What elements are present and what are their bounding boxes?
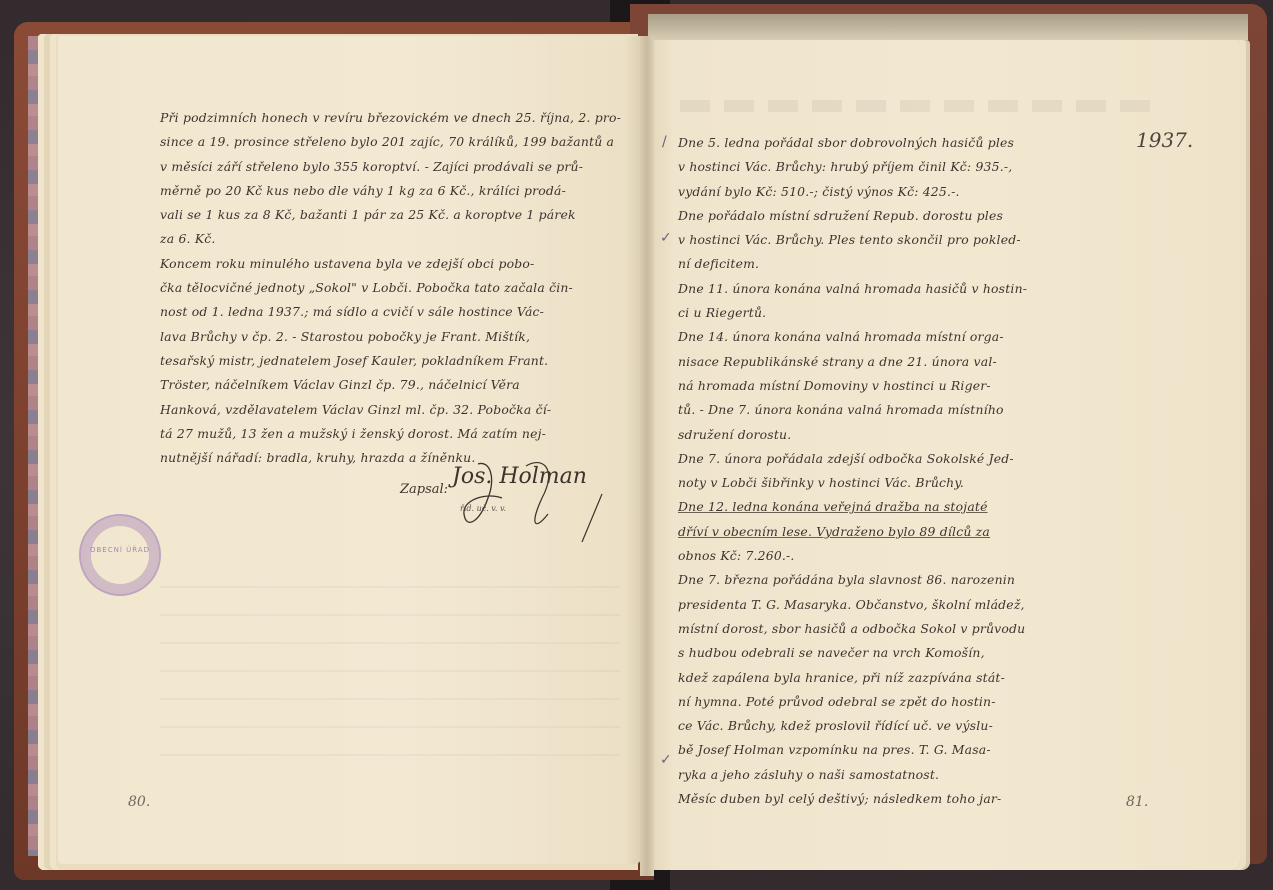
marbled-endpaper bbox=[28, 36, 38, 856]
text-line: since a 19. prosince střeleno bylo 201 z… bbox=[160, 130, 621, 154]
text-line: v hostinci Vác. Brůchy. Ples tento skonč… bbox=[678, 228, 1027, 252]
text-line: ryka a jeho zásluhy o naši samostatnost. bbox=[678, 763, 1027, 787]
text-line: Koncem roku minulého ustavena byla ve zd… bbox=[160, 252, 621, 276]
year-heading: 1937. bbox=[1136, 128, 1193, 152]
pencil-tick-icon: / bbox=[662, 134, 667, 150]
text-line: presidenta T. G. Masaryka. Občanstvo, šk… bbox=[678, 593, 1027, 617]
signature-title: říd. uč. v. v. bbox=[460, 504, 506, 513]
book-gutter bbox=[640, 36, 654, 876]
text-line: tesařský mistr, jednatelem Josef Kauler,… bbox=[160, 349, 621, 373]
text-line: Hanková, vzdělavatelem Václav Ginzl ml. … bbox=[160, 398, 621, 422]
left-page-text: Při podzimních honech v revíru březovick… bbox=[160, 106, 621, 470]
text-line: Dne 14. února konána valná hromada místn… bbox=[678, 325, 1027, 349]
text-line: Měsíc duben byl celý deštivý; následkem … bbox=[678, 787, 1027, 811]
text-line: nisace Republikánské strany a dne 21. ún… bbox=[678, 350, 1027, 374]
page-stack-top-right bbox=[648, 14, 1248, 40]
signature-block: Zapsal: Jos. Holman říd. uč. v. v. bbox=[400, 478, 448, 497]
text-line: vydání bylo Kč: 510.-; čistý výnos Kč: 4… bbox=[678, 180, 1027, 204]
text-line: bě Josef Holman vzpomínku na pres. T. G.… bbox=[678, 738, 1027, 762]
text-line: Při podzimních honech v revíru březovick… bbox=[160, 106, 621, 130]
text-line: s hudbou odebrali se navečer na vrch Kom… bbox=[678, 641, 1027, 665]
text-line: ci u Riegertů. bbox=[678, 301, 1027, 325]
text-line: měrně po 20 Kč kus nebo dle váhy 1 kg za… bbox=[160, 179, 621, 203]
official-stamp: OBECNÍ ÚŘAD bbox=[79, 514, 161, 596]
text-line: tů. - Dne 7. února konána valná hromada … bbox=[678, 398, 1027, 422]
text-line: nost od 1. ledna 1937.; má sídlo a cvičí… bbox=[160, 300, 621, 324]
text-line: Tröster, náčelníkem Václav Ginzl čp. 79.… bbox=[160, 373, 621, 397]
pencil-check-icon: ✓ bbox=[660, 230, 672, 246]
page-number-right: 81. bbox=[1126, 794, 1148, 810]
text-line: ní deficitem. bbox=[678, 252, 1027, 276]
text-line-underlined: dříví v obecním lese. Vydraženo bylo 89 … bbox=[678, 520, 1027, 544]
text-line: Dne pořádalo místní sdružení Repub. doro… bbox=[678, 204, 1027, 228]
text-line: Dne 7. března pořádána byla slavnost 86.… bbox=[678, 568, 1027, 592]
page-number-left: 80. bbox=[128, 794, 150, 810]
pencil-check-icon: ✓ bbox=[660, 752, 672, 768]
text-line: ce Vác. Brůchy, kdež proslovil řídící uč… bbox=[678, 714, 1027, 738]
text-line: v měsíci září střeleno bylo 355 koroptví… bbox=[160, 155, 621, 179]
text-line: Dne 5. ledna pořádal sbor dobrovolných h… bbox=[678, 131, 1027, 155]
text-line: vali se 1 kus za 8 Kč, bažanti 1 pár za … bbox=[160, 203, 621, 227]
text-line: Dne 11. února konána valná hromada hasič… bbox=[678, 277, 1027, 301]
signature-name: Jos. Holman bbox=[452, 464, 587, 489]
text-line: místní dorost, sbor hasičů a odbočka Sok… bbox=[678, 617, 1027, 641]
text-line: kdež zapálena byla hranice, při níž zazp… bbox=[678, 666, 1027, 690]
text-line: Dne 7. února pořádala zdejší odbočka Sok… bbox=[678, 447, 1027, 471]
text-line: ná hromada místní Domoviny v hostinci u … bbox=[678, 374, 1027, 398]
text-line: lava Brůchy v čp. 2. - Starostou pobočky… bbox=[160, 325, 621, 349]
text-line-underlined: Dne 12. ledna konána veřejná dražba na s… bbox=[678, 495, 1027, 519]
bleed-through-header bbox=[680, 100, 1160, 112]
text-line: v hostinci Vác. Brůchy: hrubý příjem čin… bbox=[678, 155, 1027, 179]
text-line: čka tělocvičné jednoty „Sokol" v Lobči. … bbox=[160, 276, 621, 300]
text-line: ní hymna. Poté průvod odebral se zpět do… bbox=[678, 690, 1027, 714]
text-line: tá 27 mužů, 13 žen a mužský i ženský dor… bbox=[160, 422, 621, 446]
right-page-text: Dne 5. ledna pořádal sbor dobrovolných h… bbox=[678, 131, 1027, 811]
bleed-through-text bbox=[160, 560, 620, 760]
text-line: obnos Kč: 7.260.-. bbox=[678, 544, 1027, 568]
text-line: sdružení dorostu. bbox=[678, 423, 1027, 447]
stamp-text: OBECNÍ ÚŘAD bbox=[81, 546, 159, 554]
text-line: noty v Lobči šibřinky v hostinci Vác. Br… bbox=[678, 471, 1027, 495]
text-line: za 6. Kč. bbox=[160, 227, 621, 251]
